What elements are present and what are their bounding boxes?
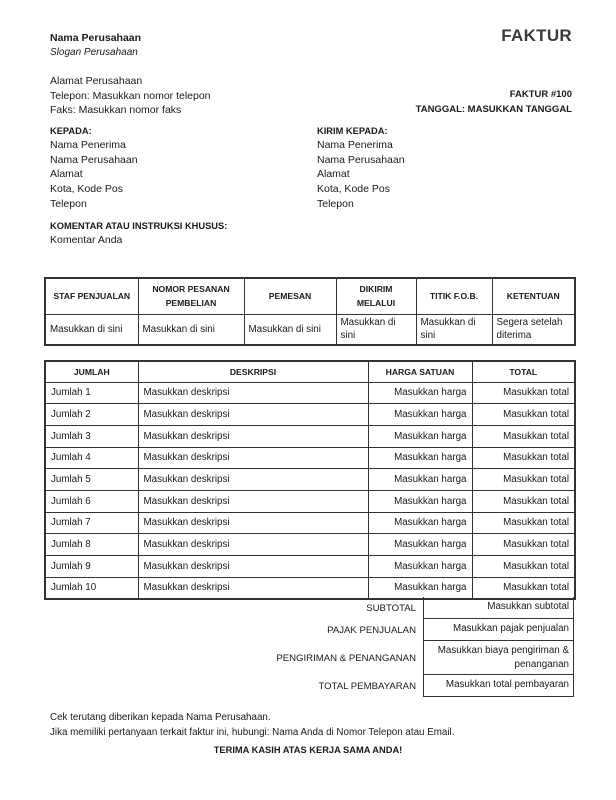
- line-total-cell[interactable]: Masukkan total: [472, 447, 575, 469]
- order-info-value-row: Masukkan di sini Masukkan di sini Masukk…: [45, 314, 575, 345]
- header-quantity: JUMLAH: [45, 361, 138, 382]
- comments-heading: KOMENTAR ATAU INSTRUKSI KHUSUS:: [50, 219, 227, 233]
- unit-price-cell[interactable]: Masukkan harga: [368, 447, 472, 469]
- unit-price-cell[interactable]: Masukkan harga: [368, 425, 472, 447]
- ship-to-block: KIRIM KEPADA: Nama Penerima Nama Perusah…: [317, 124, 405, 212]
- order-info-header-row: STAF PENJUALAN NOMOR PESANAN PEMBELIAN P…: [45, 278, 575, 314]
- sales-tax-row: PAJAK PENJUALAN Masukkan pajak penjualan: [240, 619, 574, 641]
- order-info-table: STAF PENJUALAN NOMOR PESANAN PEMBELIAN P…: [44, 277, 576, 346]
- unit-price-cell[interactable]: Masukkan harga: [368, 404, 472, 426]
- comments-block: KOMENTAR ATAU INSTRUKSI KHUSUS: Komentar…: [50, 219, 227, 248]
- subtotal-row: SUBTOTAL Masukkan subtotal: [240, 597, 574, 619]
- description-cell[interactable]: Masukkan deskripsi: [138, 447, 368, 469]
- table-row: Jumlah 1 Masukkan deskripsi Masukkan har…: [45, 382, 575, 404]
- sales-tax-value[interactable]: Masukkan pajak penjualan: [423, 619, 574, 641]
- description-cell[interactable]: Masukkan deskripsi: [138, 382, 368, 404]
- comments-text: Komentar Anda: [50, 233, 227, 248]
- quantity-cell[interactable]: Jumlah 4: [45, 447, 138, 469]
- total-due-row: TOTAL PEMBAYARAN Masukkan total pembayar…: [240, 675, 574, 697]
- document-title: FAKTUR: [501, 26, 572, 46]
- company-address: Alamat Perusahaan: [50, 74, 211, 89]
- unit-price-cell[interactable]: Masukkan harga: [368, 469, 472, 491]
- table-row: Jumlah 5 Masukkan deskripsi Masukkan har…: [45, 469, 575, 491]
- line-total-cell[interactable]: Masukkan total: [472, 577, 575, 599]
- header-salesperson: STAF PENJUALAN: [45, 278, 138, 314]
- quantity-cell[interactable]: Jumlah 2: [45, 404, 138, 426]
- company-slogan: Slogan Perusahaan: [50, 47, 138, 58]
- shipping-handling-row: PENGIRIMAN & PENANGANAN Masukkan biaya p…: [240, 641, 574, 675]
- header-description: DESKRIPSI: [138, 361, 368, 382]
- company-phone: Telepon: Masukkan nomor telepon: [50, 89, 211, 104]
- header-shipped-via: DIKIRIM MELALUI: [336, 278, 416, 314]
- quantity-cell[interactable]: Jumlah 9: [45, 556, 138, 578]
- sales-tax-label: PAJAK PENJUALAN: [240, 619, 423, 641]
- description-cell[interactable]: Masukkan deskripsi: [138, 512, 368, 534]
- header-total: TOTAL: [472, 361, 575, 382]
- quantity-cell[interactable]: Jumlah 7: [45, 512, 138, 534]
- total-due-label: TOTAL PEMBAYARAN: [240, 675, 423, 697]
- invoice-date: TANGGAL: MASUKKAN TANGGAL: [416, 103, 572, 118]
- line-total-cell[interactable]: Masukkan total: [472, 490, 575, 512]
- unit-price-cell[interactable]: Masukkan harga: [368, 577, 472, 599]
- ship-to-address: Alamat: [317, 167, 405, 182]
- subtotal-value[interactable]: Masukkan subtotal: [423, 597, 574, 619]
- ship-to-heading: KIRIM KEPADA:: [317, 124, 405, 138]
- description-cell[interactable]: Masukkan deskripsi: [138, 469, 368, 491]
- contact-note: Jika memiliki pertanyaan terkait faktur …: [50, 726, 454, 741]
- unit-price-cell[interactable]: Masukkan harga: [368, 490, 472, 512]
- invoice-meta: FAKTUR #100 TANGGAL: MASUKKAN TANGGAL: [416, 88, 572, 117]
- line-total-cell[interactable]: Masukkan total: [472, 425, 575, 447]
- invoice-number: FAKTUR #100: [416, 88, 572, 103]
- requisitioner-value[interactable]: Masukkan di sini: [244, 314, 336, 345]
- description-cell[interactable]: Masukkan deskripsi: [138, 490, 368, 512]
- description-cell[interactable]: Masukkan deskripsi: [138, 404, 368, 426]
- description-cell[interactable]: Masukkan deskripsi: [138, 556, 368, 578]
- fob-point-value[interactable]: Masukkan di sini: [416, 314, 492, 345]
- line-items-table: JUMLAH DESKRIPSI HARGA SATUAN TOTAL Juml…: [44, 360, 576, 600]
- totals-block: SUBTOTAL Masukkan subtotal PAJAK PENJUAL…: [240, 597, 574, 697]
- table-row: Jumlah 2 Masukkan deskripsi Masukkan har…: [45, 404, 575, 426]
- ship-to-city-zip: Kota, Kode Pos: [317, 182, 405, 197]
- check-payable-note: Cek terutang diberikan kepada Nama Perus…: [50, 711, 454, 726]
- table-row: Jumlah 8 Masukkan deskripsi Masukkan har…: [45, 534, 575, 556]
- quantity-cell[interactable]: Jumlah 10: [45, 577, 138, 599]
- line-total-cell[interactable]: Masukkan total: [472, 512, 575, 534]
- company-name: Nama Perusahaan: [50, 32, 141, 44]
- ship-to-phone: Telepon: [317, 197, 405, 212]
- shipping-handling-label: PENGIRIMAN & PENANGANAN: [240, 641, 423, 675]
- quantity-cell[interactable]: Jumlah 8: [45, 534, 138, 556]
- unit-price-cell[interactable]: Masukkan harga: [368, 534, 472, 556]
- header-terms: KETENTUAN: [492, 278, 575, 314]
- description-cell[interactable]: Masukkan deskripsi: [138, 534, 368, 556]
- bill-to-company: Nama Perusahaan: [50, 153, 138, 168]
- line-total-cell[interactable]: Masukkan total: [472, 469, 575, 491]
- header-fob-point: TITIK F.O.B.: [416, 278, 492, 314]
- bill-to-address: Alamat: [50, 167, 138, 182]
- line-total-cell[interactable]: Masukkan total: [472, 382, 575, 404]
- bill-to-city-zip: Kota, Kode Pos: [50, 182, 138, 197]
- header-po-number: NOMOR PESANAN PEMBELIAN: [138, 278, 244, 314]
- terms-value[interactable]: Segera setelah diterima: [492, 314, 575, 345]
- quantity-cell[interactable]: Jumlah 1: [45, 382, 138, 404]
- footer-notes: Cek terutang diberikan kepada Nama Perus…: [50, 711, 454, 740]
- table-row: Jumlah 10 Masukkan deskripsi Masukkan ha…: [45, 577, 575, 599]
- table-row: Jumlah 6 Masukkan deskripsi Masukkan har…: [45, 490, 575, 512]
- header-requisitioner: PEMESAN: [244, 278, 336, 314]
- bill-to-phone: Telepon: [50, 197, 138, 212]
- bill-to-block: KEPADA: Nama Penerima Nama Perusahaan Al…: [50, 124, 138, 212]
- description-cell[interactable]: Masukkan deskripsi: [138, 577, 368, 599]
- subtotal-label: SUBTOTAL: [240, 597, 423, 619]
- line-total-cell[interactable]: Masukkan total: [472, 556, 575, 578]
- total-due-value[interactable]: Masukkan total pembayaran: [423, 675, 574, 697]
- line-total-cell[interactable]: Masukkan total: [472, 404, 575, 426]
- table-row: Jumlah 4 Masukkan deskripsi Masukkan har…: [45, 447, 575, 469]
- unit-price-cell[interactable]: Masukkan harga: [368, 382, 472, 404]
- description-cell[interactable]: Masukkan deskripsi: [138, 425, 368, 447]
- ship-to-company: Nama Perusahaan: [317, 153, 405, 168]
- shipping-handling-value[interactable]: Masukkan biaya pengiriman & penanganan: [423, 641, 574, 675]
- bill-to-recipient: Nama Penerima: [50, 138, 138, 153]
- table-row: Jumlah 3 Masukkan deskripsi Masukkan har…: [45, 425, 575, 447]
- line-items-header-row: JUMLAH DESKRIPSI HARGA SATUAN TOTAL: [45, 361, 575, 382]
- quantity-cell[interactable]: Jumlah 3: [45, 425, 138, 447]
- unit-price-cell[interactable]: Masukkan harga: [368, 512, 472, 534]
- salesperson-value[interactable]: Masukkan di sini: [45, 314, 138, 345]
- company-contact-block: Alamat Perusahaan Telepon: Masukkan nomo…: [50, 74, 211, 118]
- quantity-cell[interactable]: Jumlah 6: [45, 490, 138, 512]
- po-number-value[interactable]: Masukkan di sini: [138, 314, 244, 345]
- unit-price-cell[interactable]: Masukkan harga: [368, 556, 472, 578]
- ship-to-recipient: Nama Penerima: [317, 138, 405, 153]
- thank-you-message: TERIMA KASIH ATAS KERJA SAMA ANDA!: [0, 745, 616, 755]
- table-row: Jumlah 9 Masukkan deskripsi Masukkan har…: [45, 556, 575, 578]
- company-fax: Faks: Masukkan nomor faks: [50, 103, 211, 118]
- quantity-cell[interactable]: Jumlah 5: [45, 469, 138, 491]
- header-unit-price: HARGA SATUAN: [368, 361, 472, 382]
- bill-to-heading: KEPADA:: [50, 124, 138, 138]
- table-row: Jumlah 7 Masukkan deskripsi Masukkan har…: [45, 512, 575, 534]
- shipped-via-value[interactable]: Masukkan di sini: [336, 314, 416, 345]
- line-total-cell[interactable]: Masukkan total: [472, 534, 575, 556]
